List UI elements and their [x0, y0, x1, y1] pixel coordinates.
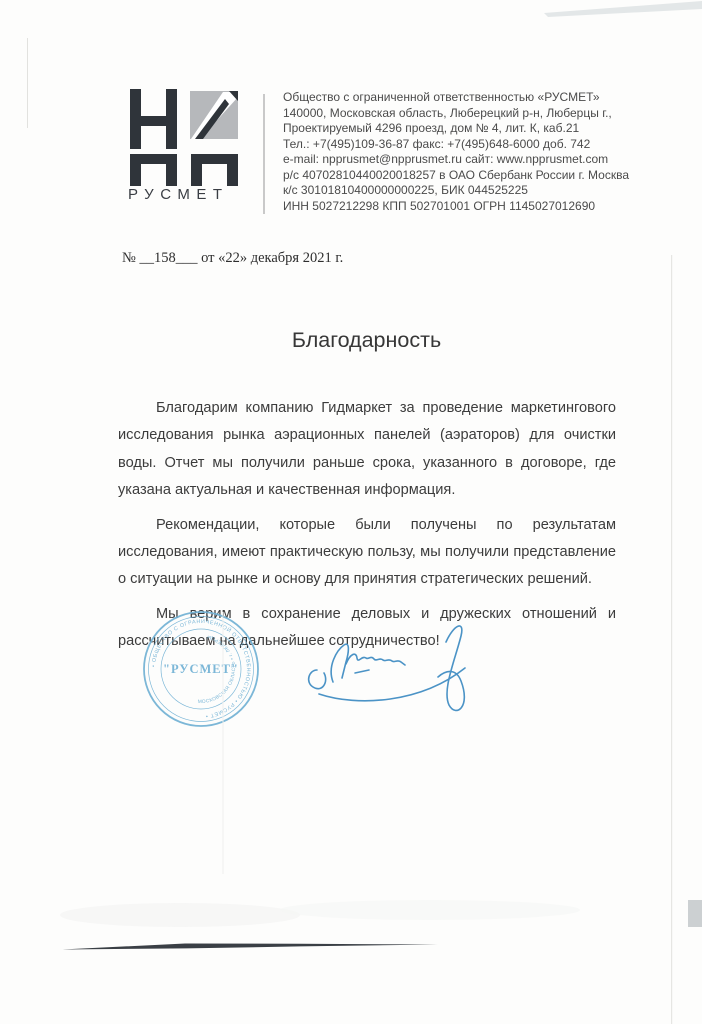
- company-stamp-seal: • ОБЩЕСТВО С ОГРАНИЧЕННОЙ ОТВЕТСТВЕННОСТ…: [141, 609, 261, 729]
- company-corr-account-line: к/с 30101810400000000225, БИК 044525225: [283, 183, 665, 199]
- company-phone-line: Тел.: +7(495)109-36-87 факс: +7(495)648-…: [283, 137, 665, 153]
- stamp-center-text: "РУСМЕТ": [163, 662, 239, 676]
- signature: [303, 608, 481, 726]
- company-name-line: Общество с ограниченной ответственностью…: [283, 90, 665, 106]
- company-email-line: e-mail: npprusmet@npprusmet.ru сайт: www…: [283, 152, 665, 168]
- page-edge-right-line: [671, 255, 672, 1024]
- page-bottom-edge-shadow: [62, 944, 438, 950]
- scanned-letter-page: РУСМЕТ Общество с ограниченной ответстве…: [0, 0, 702, 1024]
- paragraph: Рекомендации, которые были получены по р…: [118, 512, 616, 594]
- letter-title: Благодарность: [118, 328, 615, 353]
- header-divider: [263, 94, 265, 214]
- company-logo-icon: [128, 88, 239, 186]
- company-inn-line: ИНН 5027212298 КПП 502701001 ОГРН 114502…: [283, 199, 665, 215]
- page-edge-top-right: [544, 1, 702, 17]
- logo-brand-text: РУСМЕТ: [128, 186, 239, 203]
- page-edge-left-line: [27, 38, 28, 128]
- reference-line: № __158___ от «22» декабря 2021 г.: [122, 250, 343, 267]
- company-address-line2: Проектируемый 4296 проезд, дом № 4, лит.…: [283, 121, 665, 137]
- company-account-line: р/с 40702810440020018257 в ОАО Сбербанк …: [283, 168, 665, 184]
- company-info-block: Общество с ограниченной ответственностью…: [283, 90, 665, 214]
- scan-corner-block: [688, 900, 702, 927]
- company-address-line: 140000, Московская область, Люберецкий р…: [283, 106, 665, 122]
- paragraph: Благодарим компанию Гидмаркет за проведе…: [118, 395, 616, 505]
